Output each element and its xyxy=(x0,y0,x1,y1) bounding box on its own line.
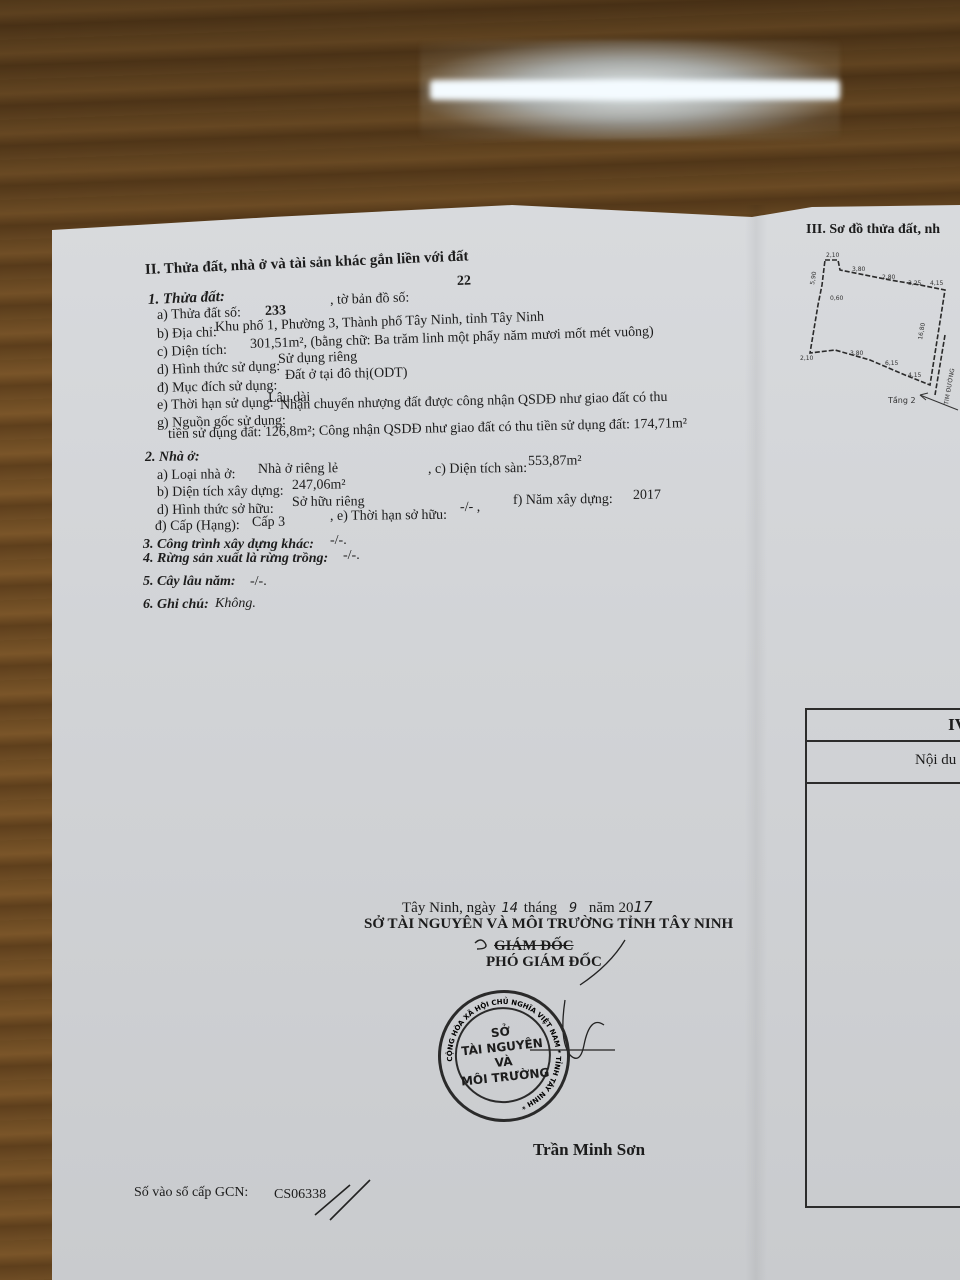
section-iv-table: IV Nội du xyxy=(805,708,960,1208)
svg-text:3,80: 3,80 xyxy=(852,266,866,273)
svg-text:2,80: 2,80 xyxy=(882,274,896,281)
ownership-term-label: , e) Thời hạn sở hữu: xyxy=(330,508,447,525)
grade-label: đ) Cấp (Hạng): xyxy=(155,518,240,535)
floor-label: Tầng 2 xyxy=(887,395,916,405)
notes-label: 6. Ghi chú: xyxy=(143,597,209,613)
map-sheet-number: 22 xyxy=(457,273,472,290)
year-label: năm 20 xyxy=(589,900,634,916)
seal-line4: MÔI TRƯỜNG xyxy=(460,1065,550,1089)
svg-text:16,80: 16,80 xyxy=(917,322,927,340)
table-iv-header: IV xyxy=(948,715,960,735)
month-label: tháng xyxy=(524,900,557,916)
svg-text:2,10: 2,10 xyxy=(826,252,840,259)
floor-area-value: 553,87m² xyxy=(528,453,582,470)
svg-text:0,60: 0,60 xyxy=(830,295,844,302)
place-date-prefix: Tây Ninh, ngày xyxy=(402,900,496,916)
svg-text:4,15: 4,15 xyxy=(908,372,922,379)
notes-value: Không. xyxy=(215,596,256,612)
forest-label: 4. Rừng sản xuất là rừng trồng: xyxy=(143,551,328,567)
year-handwritten: 17 xyxy=(633,898,652,916)
house-type-label: a) Loại nhà ở: xyxy=(157,467,236,484)
section-iii-title: III. Sơ đồ thửa đất, nh xyxy=(806,222,940,238)
map-sheet-label: , tờ bản đồ số: xyxy=(330,291,410,309)
purpose-label: đ) Mục đích sử dụng: xyxy=(157,378,278,397)
registry-initials xyxy=(310,1175,380,1225)
address-label: b) Địa chỉ: xyxy=(157,325,217,343)
road-label: TIM ĐƯỜNG xyxy=(943,367,957,406)
house-type-value: Nhà ở riêng lẻ xyxy=(258,461,338,478)
svg-text:2,10: 2,10 xyxy=(800,355,814,362)
svg-text:6,15: 6,15 xyxy=(885,360,899,367)
perennial-label: 5. Cây lâu năm: xyxy=(143,574,236,590)
svg-text:3,25: 3,25 xyxy=(908,280,922,287)
ownership-term-value: -/- , xyxy=(460,500,480,516)
house-heading: 2. Nhà ở: xyxy=(145,449,200,466)
other-works-value: -/-. xyxy=(330,533,347,549)
parcel-diagram: 2,10 3,80 2,80 3,25 4,15 5,90 0,60 16,80… xyxy=(790,245,960,435)
signing-place-date: Tây Ninh, ngày 14 tháng 9 năm 2017 xyxy=(402,898,653,917)
grade-value: Cấp 3 xyxy=(252,515,285,531)
issuing-authority: SỞ TÀI NGUYÊN VÀ MÔI TRƯỜNG TỈNH TÂY NIN… xyxy=(364,916,733,933)
usage-form-value: Sử dụng riêng xyxy=(278,350,358,368)
signer-name: Trần Minh Sơn xyxy=(533,1140,645,1160)
svg-text:3,80: 3,80 xyxy=(850,350,864,357)
registry-label: Số vào sổ cấp GCN: xyxy=(134,1185,248,1201)
svg-text:5,90: 5,90 xyxy=(809,271,818,286)
year-built-label: f) Năm xây dựng: xyxy=(513,492,613,509)
build-area-label: b) Diện tích xây dựng: xyxy=(157,484,284,501)
build-area-value: 247,06m² xyxy=(292,477,346,494)
table-iv-header-row: IV xyxy=(807,710,960,742)
page-fold xyxy=(745,205,767,1280)
svg-text:4,15: 4,15 xyxy=(930,280,944,287)
light-reflection-bar xyxy=(430,80,840,100)
perennial-value: -/-. xyxy=(250,574,267,590)
table-iv-column-row: Nội du xyxy=(807,742,960,784)
table-iv-col-label: Nội du xyxy=(915,752,956,769)
term-label: e) Thời hạn sử dụng: xyxy=(157,396,274,414)
forest-value: -/-. xyxy=(343,548,360,564)
parcel-sketch: 2,10 3,80 2,80 3,25 4,15 5,90 0,60 16,80… xyxy=(790,245,960,435)
official-seal: CỘNG HÒA XÃ HỘI CHỦ NGHĨA VIỆT NAM * TỈN… xyxy=(431,983,576,1128)
year-built-value: 2017 xyxy=(633,488,661,504)
day-handwritten: 14 xyxy=(501,901,518,916)
floor-area-label: , c) Diện tích sàn: xyxy=(428,461,527,478)
purpose-value: Đất ở tại đô thị(ODT) xyxy=(285,365,408,384)
month-handwritten: 9 xyxy=(569,901,577,916)
area-label: c) Diện tích: xyxy=(157,343,227,361)
